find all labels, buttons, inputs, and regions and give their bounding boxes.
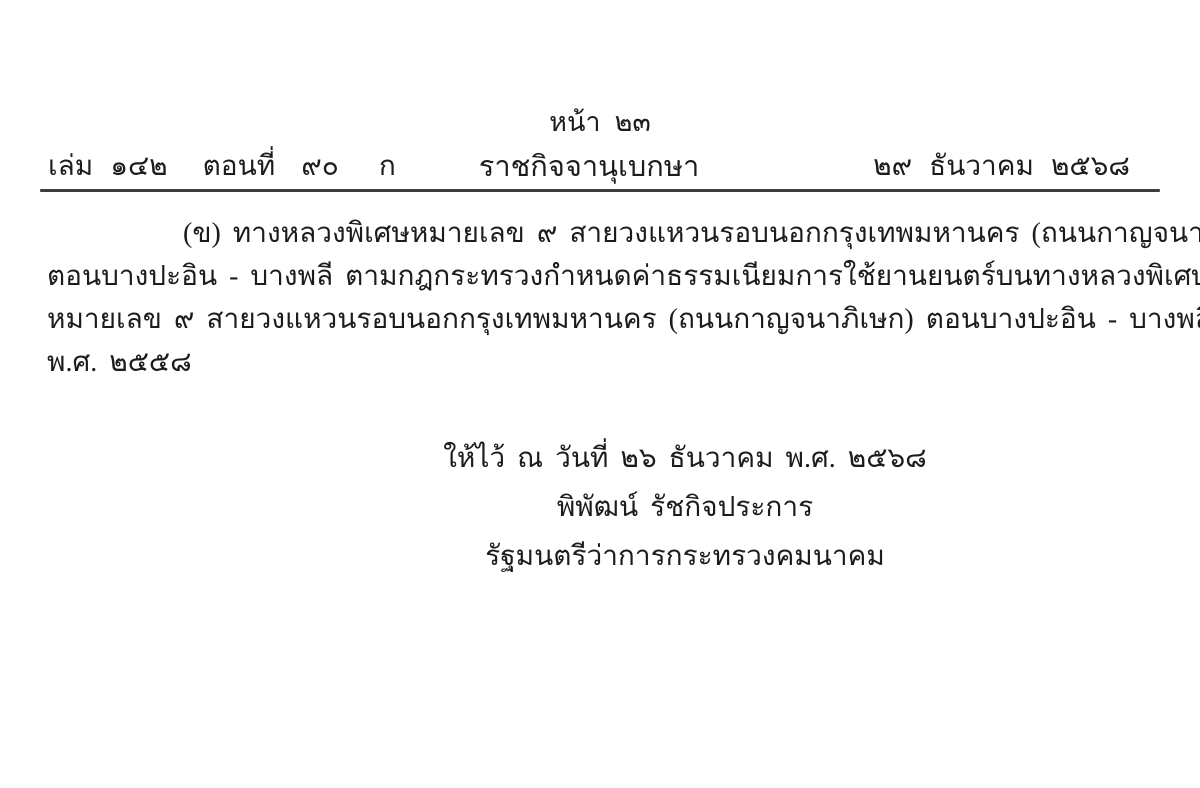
gazette-date: ๒๙ ธันวาคม ๒๕๖๘ bbox=[873, 146, 1130, 188]
issued-date-line: ให้ไว้ ณ วันที่ ๒๖ ธันวาคม พ.ศ. ๒๕๖๘ bbox=[385, 434, 985, 483]
masthead: เล่ม๑๔๒ตอนที่๙๐ก ราชกิจจานุเบกษา ๒๙ ธันว… bbox=[48, 146, 1130, 188]
part-label: ตอนที่ bbox=[203, 151, 276, 182]
volume-label: เล่ม bbox=[48, 151, 93, 182]
part-value: ๙๐ bbox=[301, 151, 339, 182]
paragraph-line: พ.ศ. ๒๕๕๘ bbox=[47, 341, 1132, 384]
section-value: ก bbox=[379, 151, 396, 182]
signature-block: ให้ไว้ ณ วันที่ ๒๖ ธันวาคม พ.ศ. ๒๕๖๘ พิพ… bbox=[385, 434, 985, 581]
body-paragraph: (ข) ทางหลวงพิเศษหมายเลข ๙ สายวงแหวนรอบนอ… bbox=[47, 212, 1132, 384]
paragraph-line: ตอนบางปะอิน - บางพลี ตามกฎกระทรวงกำหนดค่… bbox=[47, 255, 1132, 298]
header-rule bbox=[40, 189, 1160, 192]
volume-part-info: เล่ม๑๔๒ตอนที่๙๐ก bbox=[48, 146, 396, 188]
page-number-row: หน้า๒๓ bbox=[40, 102, 1160, 142]
paragraph-line: หมายเลข ๙ สายวงแหวนรอบนอกกรุงเทพมหานคร (… bbox=[47, 298, 1132, 341]
gazette-page: หน้า๒๓ เล่ม๑๔๒ตอนที่๙๐ก ราชกิจจานุเบกษา … bbox=[0, 0, 1200, 788]
paragraph-line: (ข) ทางหลวงพิเศษหมายเลข ๙ สายวงแหวนรอบนอ… bbox=[47, 212, 1132, 255]
page-label: หน้า bbox=[549, 107, 600, 137]
signatory-name: พิพัฒน์ รัชกิจประการ bbox=[385, 483, 985, 532]
signatory-title: รัฐมนตรีว่าการกระทรวงคมนาคม bbox=[385, 532, 985, 581]
page-number-value: ๒๓ bbox=[615, 107, 651, 137]
volume-value: ๑๔๒ bbox=[110, 151, 167, 182]
gazette-title: ราชกิจจานุเบกษา bbox=[479, 146, 699, 188]
